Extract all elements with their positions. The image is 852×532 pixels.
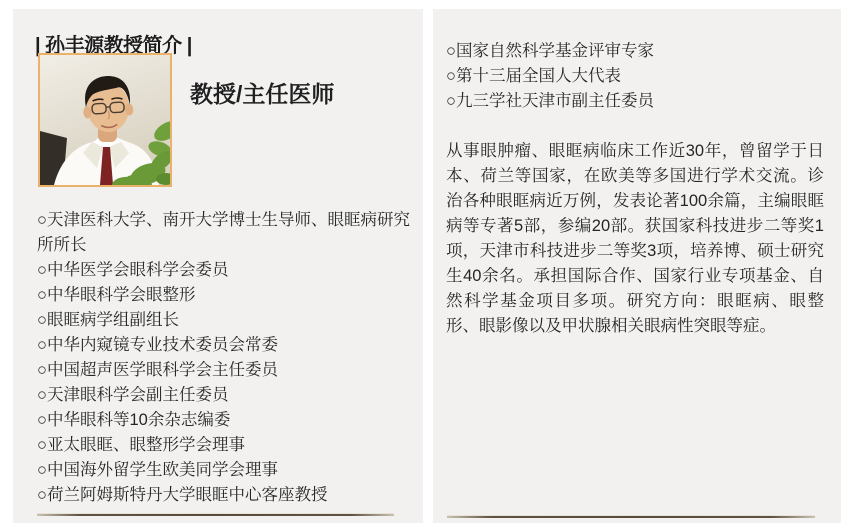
credential-item: ○中国海外留学生欧美同学会理事: [37, 458, 413, 483]
credential-item: ○中国超声医学眼科学会主任委员: [37, 358, 413, 383]
credential-item: ○眼眶病学组副组长: [37, 308, 413, 333]
professor-rank-label: 教授/主任医师: [190, 81, 334, 107]
credential-item: ○荷兰阿姆斯特丹大学眼眶中心客座教授: [37, 483, 413, 508]
honors-list: ○国家自然科学基金评审专家 ○第十三届全国人大代表 ○九三学社天津市副主任委员: [446, 39, 822, 114]
divider-line: [37, 513, 394, 516]
honor-item: ○第十三届全国人大代表: [446, 64, 822, 89]
right-panel: ○国家自然科学基金评审专家 ○第十三届全国人大代表 ○九三学社天津市副主任委员 …: [433, 9, 841, 523]
credential-item: ○亚太眼眶、眼整形学会理事: [37, 433, 413, 458]
credentials-list: ○天津医科大学、南开大学博士生导师、眼眶病研究所所长 ○中华医学会眼科学会委员 …: [37, 208, 413, 508]
bio-paragraph: 从事眼肿瘤、眼眶病临床工作近30年，曾留学于日本、荷兰等国家，在欧美等多国进行学…: [446, 139, 824, 339]
honor-item: ○九三学社天津市副主任委员: [446, 89, 822, 114]
professor-photo: [38, 53, 172, 187]
credential-item: ○天津眼科学会副主任委员: [37, 383, 413, 408]
credential-item: ○中华眼科学会眼整形: [37, 283, 413, 308]
credential-item: ○中华医学会眼科学会委员: [37, 258, 413, 283]
left-panel: | 孙丰源教授简介 |: [13, 9, 423, 523]
divider-line: [447, 515, 815, 518]
credential-item: ○中华眼科等10余杂志编委: [37, 408, 413, 433]
credential-item: ○中华内窥镜专业技术委员会常委: [37, 333, 413, 358]
honor-item: ○国家自然科学基金评审专家: [446, 39, 822, 64]
credential-item: ○天津医科大学、南开大学博士生导师、眼眶病研究所所长: [37, 208, 413, 258]
professor-portrait-illustration: [40, 55, 170, 185]
